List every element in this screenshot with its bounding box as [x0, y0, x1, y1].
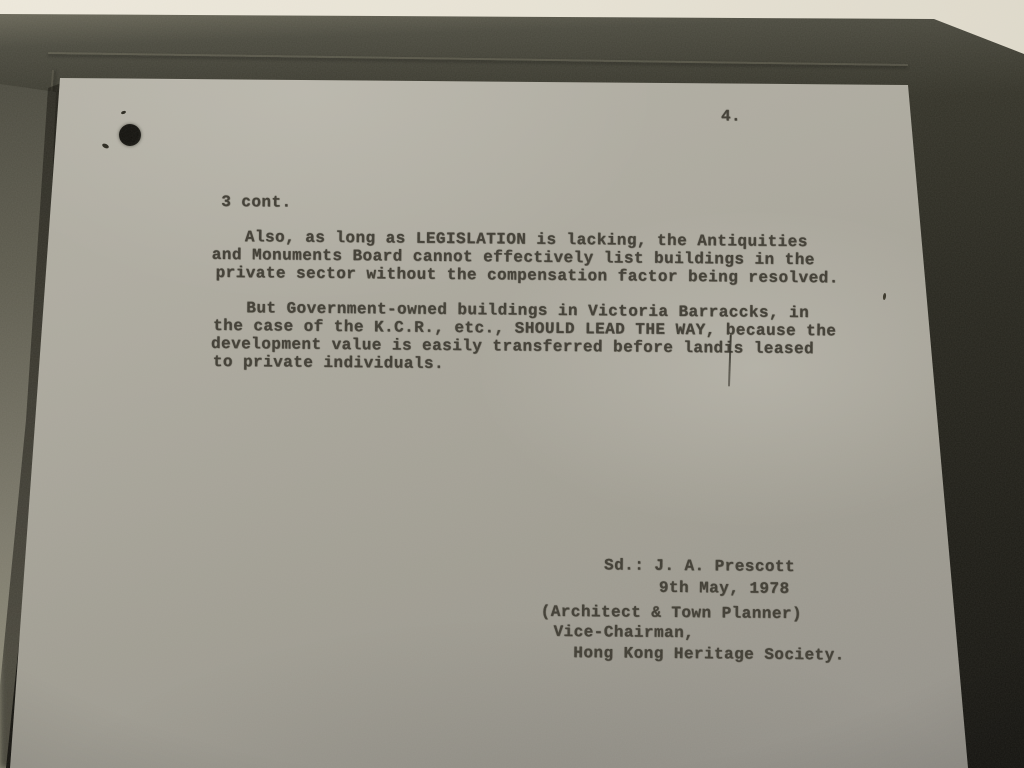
typewritten-text-layer: 4. 3 cont. Also, as long as LEGISLATION …: [0, 0, 1024, 768]
signature-organization: Hong Kong Heritage Society.: [573, 644, 845, 664]
signature-signed-by: Sd.: J. A. Prescott: [604, 556, 795, 576]
document-photograph: 4. 3 cont. Also, as long as LEGISLATION …: [0, 0, 1024, 768]
signature-position: Vice-Chairman,: [553, 623, 694, 642]
section-continuation-label: 3 cont.: [221, 193, 292, 212]
signature-title: (Architect & Town Planner): [541, 603, 802, 623]
signature-date: 9th May, 1978: [659, 579, 790, 598]
paragraph-2-line: to private individuals.: [213, 353, 444, 373]
page-number: 4.: [721, 107, 741, 125]
handwritten-insertion-mark: [728, 334, 732, 386]
